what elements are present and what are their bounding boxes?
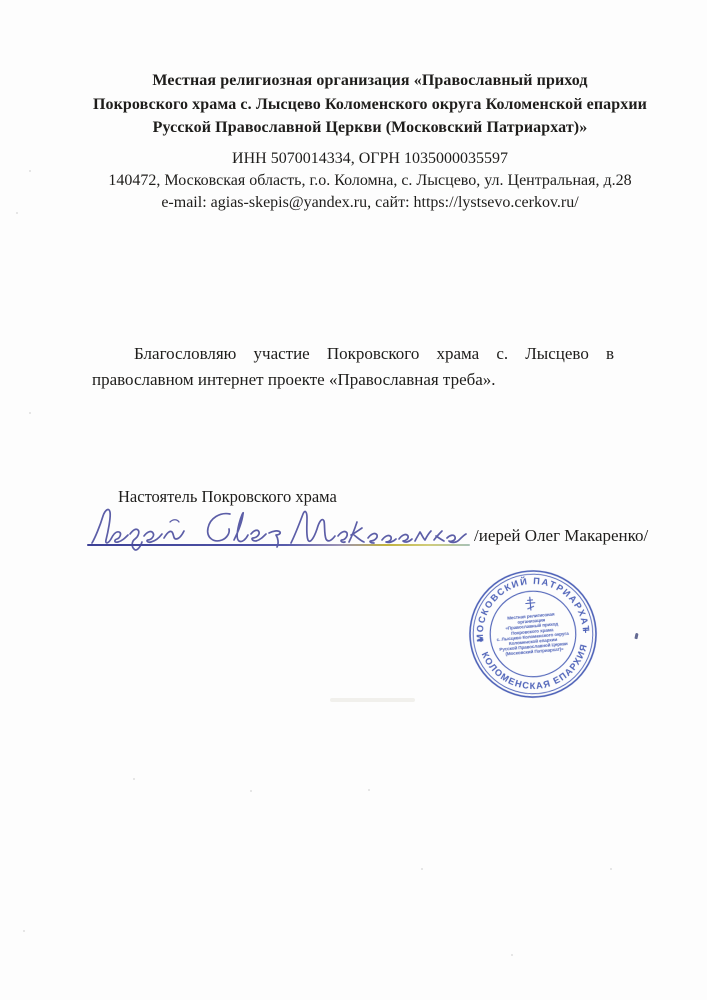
- scan-speck: [610, 868, 612, 870]
- scan-speck: [29, 412, 31, 414]
- body-paragraph-line-1: Благословляю участие Покровского храма с…: [92, 341, 614, 367]
- scan-speck: [16, 212, 18, 214]
- document-page: Местная религиозная организация «Правосл…: [0, 0, 707, 1000]
- scan-speck: [511, 954, 513, 956]
- ink-speck: [634, 633, 638, 639]
- scan-speck: [29, 170, 31, 172]
- org-name-line: Покровского храма с. Лысцево Коломенског…: [40, 93, 700, 117]
- body-paragraph-line-2: православном интернет проекте «Православ…: [92, 367, 614, 393]
- address-line: 140472, Московская область, г.о. Коломна…: [40, 170, 700, 192]
- scan-speck: [133, 778, 135, 780]
- stamp-center-text: Местная религиозная организация «Правосл…: [495, 610, 572, 657]
- signature-handwriting: [86, 502, 471, 554]
- scan-speck: [23, 930, 25, 932]
- scan-speck: [421, 868, 423, 870]
- scan-smudge: [330, 698, 415, 702]
- org-name-line: Местная религиозная организация «Правосл…: [40, 69, 700, 93]
- org-info-block: ИНН 5070014334, ОГРН 1035000035597 14047…: [40, 148, 700, 213]
- contacts-line: e-mail: agias-skepis@yandex.ru, сайт: ht…: [40, 192, 700, 214]
- stamp-plus-left-icon: +: [477, 635, 484, 646]
- signature-transcript: /иерей Олег Макаренко/: [474, 526, 648, 546]
- signature-underline: [87, 544, 470, 546]
- scan-speck: [368, 789, 370, 791]
- org-name-line: Русской Православной Церкви (Московский …: [40, 116, 700, 140]
- stamp-plus-right-icon: +: [582, 626, 589, 637]
- org-name-header: Местная религиозная организация «Правосл…: [40, 69, 700, 140]
- body-paragraph: Благословляю участие Покровского храма с…: [92, 341, 614, 392]
- orthodox-cross-icon: [525, 597, 535, 611]
- inn-ogrn-line: ИНН 5070014334, ОГРН 1035000035597: [40, 148, 700, 170]
- stamp: МОСКОВСКИЙ ПАТРИАРХАТ КОЛОМЕНСКАЯ ЕПАРХИ…: [457, 558, 609, 710]
- scan-speck: [250, 790, 252, 792]
